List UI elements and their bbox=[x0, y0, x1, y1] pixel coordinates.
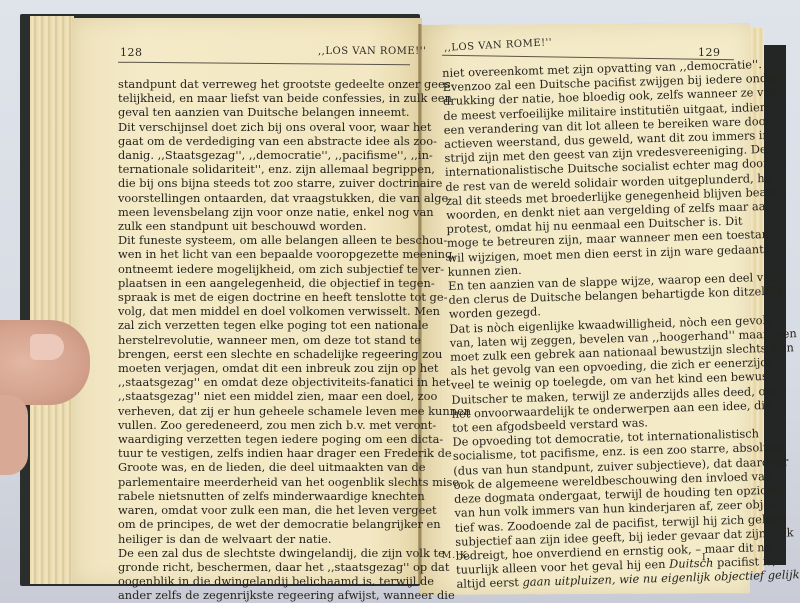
text-line: meen levensbelang zijn voor onze natie, … bbox=[118, 205, 410, 219]
text-line: ,,staatsgezag'' niet een middel zien, ma… bbox=[118, 389, 410, 403]
text-line: danig. ,,Staatsgezag'', ,,democratie'', … bbox=[118, 148, 410, 162]
italic-text: Duitsch bbox=[669, 556, 714, 571]
text-line: die bij ons bijna steeds tot zoo starre,… bbox=[118, 176, 410, 190]
text-line: voorstellingen ontaarden, dat vraagstukk… bbox=[118, 191, 410, 205]
text-line: geval ten aanzien van Duitsche belangen … bbox=[118, 105, 410, 119]
right-page-body: niet overeenkomt met zijn opvatting van … bbox=[442, 58, 749, 591]
text-line: ander zelfs de zegenrijkste regeering af… bbox=[118, 588, 410, 602]
text-line: verheven, dat zij er hun geheele schamel… bbox=[118, 404, 410, 418]
text-line: moeten verjagen, omdat dit een inbreuk z… bbox=[118, 361, 410, 375]
text-line: spraak is met de eigen doctrine en heeft… bbox=[118, 290, 410, 304]
running-head-left: ,,LOS VAN ROME!'' bbox=[318, 46, 426, 57]
text-line: zal zich verzetten tegen elke poging tot… bbox=[118, 318, 410, 332]
text-line: waren, omdat voor zulk een man, die het … bbox=[118, 503, 410, 517]
text-line: zulk een standpunt uit beschouwd worden. bbox=[118, 219, 410, 233]
text-line: Dit funeste systeem, om alle belangen al… bbox=[118, 233, 410, 247]
text-line: rabele nietsnutten of zelfs minderwaardi… bbox=[118, 489, 410, 503]
thumb bbox=[0, 320, 90, 405]
text-line: De een zal dus de slechtste dwingelandij… bbox=[118, 546, 410, 560]
text-line: oogenblik in die dwingelandij belichaamd… bbox=[118, 574, 410, 588]
text-segment: altijd eerst bbox=[456, 575, 522, 591]
text-line: ontneemt iedere mogelijkheid, om zich su… bbox=[118, 262, 410, 276]
text-line: gronde richt, beschermen, daar het ,,sta… bbox=[118, 560, 410, 574]
text-line: gaat om de verdediging van een abstracte… bbox=[118, 134, 410, 148]
text-line: telijkheid, en maar liefst van beide con… bbox=[118, 91, 410, 105]
text-line: om de principes, de wet der democratie b… bbox=[118, 517, 410, 531]
text-line: tuur te vestigen, zelfs indien haar drag… bbox=[118, 446, 410, 460]
sheet-mark: I bbox=[702, 553, 707, 563]
page-number-left: 128 bbox=[120, 46, 143, 59]
thumbnail bbox=[30, 334, 64, 360]
text-line: heiliger is dan de welvaart der natie. bbox=[118, 532, 410, 546]
open-book: 128 ,,LOS VAN ROME!'' standpunt dat verr… bbox=[0, 0, 800, 603]
text-line: Dit verschijnsel doet zich bij ons overa… bbox=[118, 120, 410, 134]
signature-mark: M. K. bbox=[442, 551, 472, 561]
text-line: waardiging verzetten tegen iedere poging… bbox=[118, 432, 410, 446]
text-line: standpunt dat verreweg het grootste gede… bbox=[118, 77, 410, 91]
page-number-right: 129 bbox=[698, 46, 721, 59]
text-line: plaatsen in een aangelegenheid, die obje… bbox=[118, 276, 410, 290]
left-page-body: standpunt dat verreweg het grootste gede… bbox=[118, 77, 410, 603]
text-line: vullen. Zoo geredeneerd, zou men zich b.… bbox=[118, 418, 410, 432]
text-line: brengen, eerst een slechte en schadelijk… bbox=[118, 347, 410, 361]
text-line: ternationale solidariteit'', enz. zijn a… bbox=[118, 162, 410, 176]
page-edges-left bbox=[30, 16, 74, 584]
text-line: volg, dat men middel en doel volkomen ve… bbox=[118, 304, 410, 318]
text-line: wen in het licht van een bepaalde voorop… bbox=[118, 247, 410, 261]
finger bbox=[0, 395, 28, 475]
text-line: parlementaire meerderheid van het oogenb… bbox=[118, 475, 410, 489]
text-line: ,,staatsgezag'' en omdat deze objectivit… bbox=[118, 375, 410, 389]
text-line: Groote was, en de lieden, die deel uitma… bbox=[118, 460, 410, 474]
text-line: herstelrevolutie, wanneer men, om deze t… bbox=[118, 333, 410, 347]
